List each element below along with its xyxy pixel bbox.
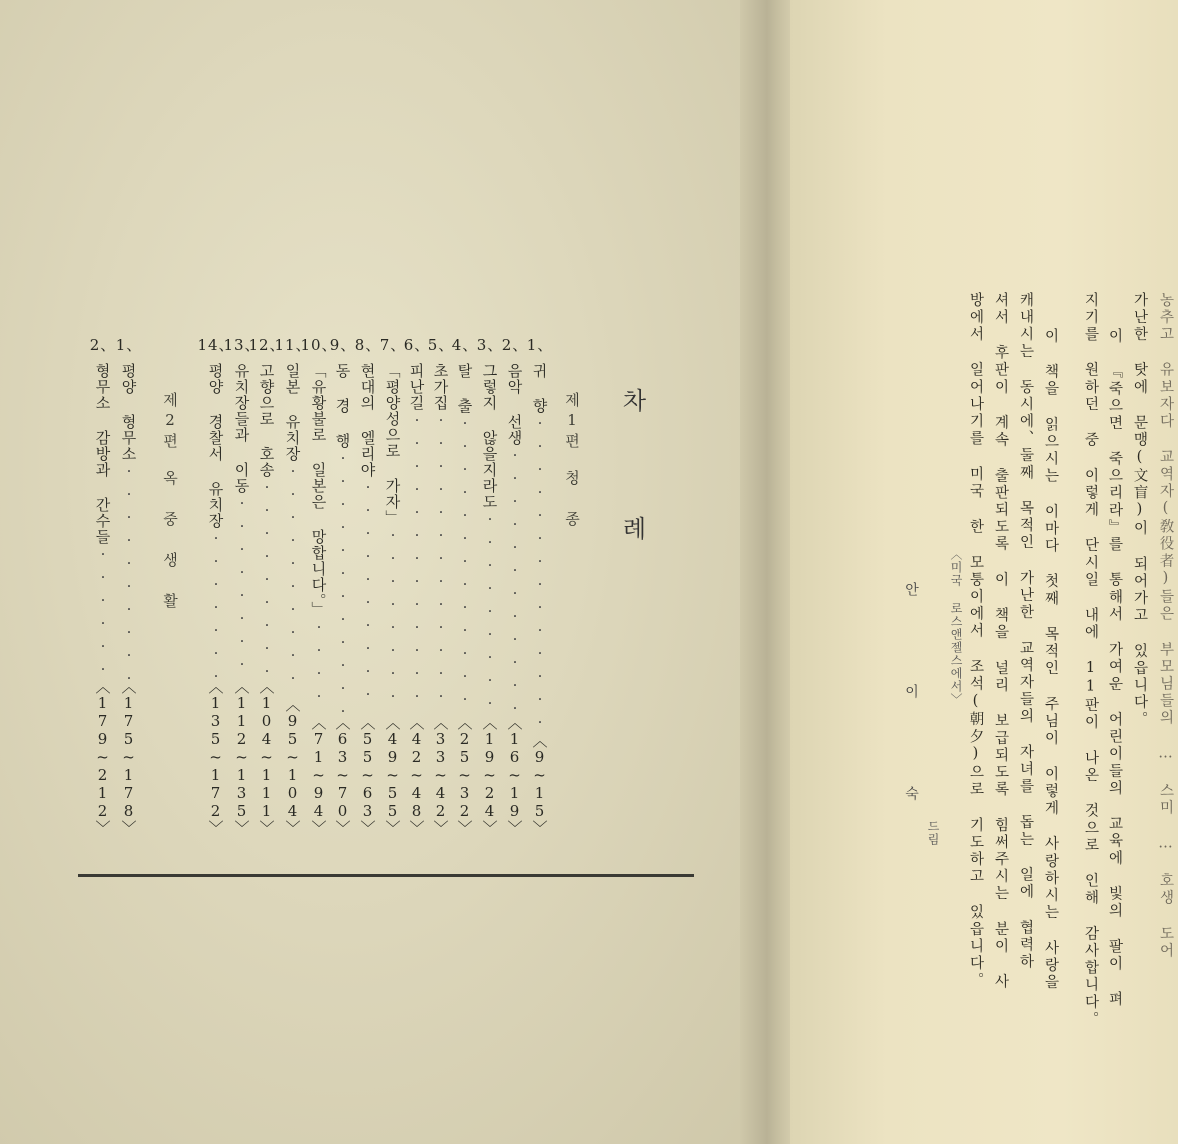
preface-place: 〈미국 로스앤젤스에서〉 bbox=[950, 548, 962, 706]
part-2-label: 제2편 bbox=[161, 392, 179, 452]
toc-entry-title: 평양 형무소 bbox=[119, 363, 140, 462]
part-1-name: 청 종 bbox=[563, 470, 581, 530]
preface-line: 셔서 후판이 계속 출판되도록 이 책을 널리 보급되도록 힘써주시는 분이 사 bbox=[993, 292, 1008, 991]
toc-entry-number: 7、 bbox=[380, 334, 407, 355]
toc-entry-title: 현대의 엘리야 bbox=[358, 363, 379, 478]
toc-entry-title: 일본 유치장 bbox=[283, 363, 304, 462]
toc-entry-number: 6、 bbox=[404, 334, 431, 355]
toc-entry-number: 3、 bbox=[477, 334, 504, 355]
toc-entry-pages: 〈95~104〉 bbox=[283, 697, 304, 835]
toc-entry-leader-dots: ········································ bbox=[207, 529, 225, 679]
toc-entry-leader-dots: ········································ bbox=[481, 510, 499, 715]
toc-entry-title: 음악 선생 bbox=[505, 363, 526, 446]
left-page-table-of-contents bbox=[0, 0, 760, 1144]
preface-line: 지기를 원하던 중 이렇게 단시일 내에 11판이 나온 것으로 인해 감사합니… bbox=[1083, 292, 1098, 1028]
toc-entry-pages: 〈55~63〉 bbox=[358, 715, 379, 835]
toc-entry-number: 8、 bbox=[355, 334, 382, 355]
preface-line: 이 책을 읽으시는 이마다 첫째 목적인 주님이 이렇게 사랑하시는 사랑을 bbox=[1043, 328, 1058, 991]
part-2-name: 옥 중 생 활 bbox=[161, 470, 179, 612]
toc-entry: 7、「평양성으로 가자」····························… bbox=[384, 334, 402, 835]
toc-entry-leader-dots: ········································ bbox=[506, 446, 524, 715]
toc-entry-pages: 〈9~15〉 bbox=[530, 733, 551, 835]
toc-entry-leader-dots: ········································ bbox=[384, 526, 402, 715]
toc-entry: 6、피난길···································… bbox=[408, 334, 426, 835]
toc-entry-title: 동 경 행 bbox=[333, 363, 354, 449]
part-2-heading: 제2편옥 중 생 활 bbox=[162, 392, 177, 612]
toc-entry: 3、그렇지 않을지라도·····························… bbox=[481, 334, 499, 835]
toc-entry-leader-dots: ········································ bbox=[531, 414, 549, 733]
toc-entry: 10、「유황불로 일본은 망합니다。」·····················… bbox=[310, 334, 328, 835]
toc-entry-leader-dots: ········································ bbox=[120, 462, 138, 679]
toc-entry-pages: 〈49~55〉 bbox=[383, 715, 404, 835]
toc-entry-title: 「평양성으로 가자」 bbox=[383, 363, 404, 526]
toc-entry-leader-dots: ········································ bbox=[408, 411, 426, 715]
toc-entry-pages: 〈179~212〉 bbox=[93, 679, 114, 835]
toc-bottom-rule bbox=[78, 874, 694, 877]
part-1-heading: 제1편청 종 bbox=[564, 392, 579, 530]
toc-entry-title: 피난길 bbox=[407, 363, 428, 411]
toc-entry: 4、탈 출···································… bbox=[456, 334, 474, 835]
toc-entry-pages: 〈19~24〉 bbox=[480, 715, 501, 835]
toc-entry-title: 초가집 bbox=[431, 363, 452, 411]
toc-entry-pages: 〈71~94〉 bbox=[309, 715, 330, 835]
toc-entry-pages: 〈175~178〉 bbox=[119, 679, 140, 835]
toc-entry-title: 귀 향 bbox=[530, 363, 551, 414]
toc-entry-number: 14、 bbox=[197, 334, 234, 355]
toc-entry-pages: 〈25~32〉 bbox=[455, 715, 476, 835]
toc-entry-leader-dots: ········································ bbox=[284, 462, 302, 697]
toc-entry-number: 4、 bbox=[452, 334, 479, 355]
preface-line: 방에서 일어나기를 미국 한 모퉁이에서 조석(朝夕)으로 기도하고 있읍니다。 bbox=[968, 292, 983, 990]
toc-entry-leader-dots: ········································ bbox=[456, 414, 474, 715]
toc-entry-leader-dots: ········································ bbox=[432, 411, 450, 715]
toc-entry-pages: 〈33~42〉 bbox=[431, 715, 452, 835]
toc-entry: 1、귀 향···································… bbox=[531, 334, 549, 835]
toc-entry: 1、평양 형무소································… bbox=[120, 334, 138, 835]
toc-entry-leader-dots: ········································ bbox=[258, 478, 276, 679]
toc-entry-pages: 〈135~172〉 bbox=[206, 679, 227, 835]
preface-line: 농추고 유보자다 교역자(敎役者)들은 부모님들의 … 스미 … 호생 도어 bbox=[1158, 292, 1173, 960]
toc-entry: 9、동 경 행·································… bbox=[334, 334, 352, 835]
toc-entry-title: 고향으로 호송 bbox=[257, 363, 278, 478]
toc-entry-title: 유치장들과 이동 bbox=[232, 363, 253, 494]
toc-entry-number: 1、 bbox=[116, 334, 143, 355]
toc-entry-pages: 〈104~111〉 bbox=[257, 679, 278, 835]
part-1-label: 제1편 bbox=[563, 392, 581, 452]
toc-entry-leader-dots: ········································ bbox=[94, 545, 112, 679]
toc-entry-title: 형무소 감방과 간수들 bbox=[93, 363, 114, 545]
toc-entry: 8、현대의 엘리야·······························… bbox=[359, 334, 377, 835]
toc-entry: 11、일본 유치장·······························… bbox=[284, 334, 302, 835]
toc-entry: 14、평양 경찰서 유치장···························… bbox=[207, 334, 225, 835]
toc-entry-leader-dots: ········································ bbox=[310, 618, 328, 716]
toc-entry-number: 2、 bbox=[90, 334, 117, 355]
toc-entry: 12、고향으로 호송······························… bbox=[258, 334, 276, 835]
toc-entry: 2、형무소 감방과 간수들···························… bbox=[94, 334, 112, 835]
preface-line: 가난한 탓에 문맹(文盲)이 되어가고 있읍니다。 bbox=[1132, 292, 1147, 729]
toc-entry: 2、음악 선생·································… bbox=[506, 334, 524, 835]
toc-entry-title: 「유황불로 일본은 망합니다。」 bbox=[309, 363, 330, 618]
toc-entry-title: 탈 출 bbox=[455, 363, 476, 414]
preface-line: 캐내시는 동시에、둘째 목적인 가난한 교역자들의 자녀를 돕는 일에 협력하 bbox=[1018, 292, 1033, 971]
toc-entry-leader-dots: ········································ bbox=[233, 494, 251, 679]
toc-entry-leader-dots: ········································ bbox=[334, 449, 352, 715]
preface-author-suffix: 드림 bbox=[927, 820, 939, 846]
toc-entry-pages: 〈16~19〉 bbox=[505, 715, 526, 835]
preface-author: 안 이 숙 bbox=[904, 582, 918, 836]
toc-entry-pages: 〈63~70〉 bbox=[333, 715, 354, 835]
toc-entry-title: 그렇지 않을지라도 bbox=[480, 363, 501, 510]
toc-entry-pages: 〈42~48〉 bbox=[407, 715, 428, 835]
toc-entry-number: 2、 bbox=[502, 334, 529, 355]
toc-entry: 5、초가집···································… bbox=[432, 334, 450, 835]
toc-entry-number: 5、 bbox=[428, 334, 455, 355]
toc-entry-leader-dots: ········································ bbox=[359, 478, 377, 715]
toc-entry-title: 평양 경찰서 유치장 bbox=[206, 363, 227, 529]
toc-entry: 13、유치장들과 이동·····························… bbox=[233, 334, 251, 835]
toc-entry-pages: 〈112~135〉 bbox=[232, 679, 253, 835]
toc-entry-number: 1、 bbox=[527, 334, 554, 355]
preface-line: 이 『죽으면 죽으리라』를 통해서 가여운 어린이들의 교육에 빛의 팔이 펴 bbox=[1107, 328, 1122, 1008]
toc-title: 차 례 bbox=[620, 388, 644, 578]
